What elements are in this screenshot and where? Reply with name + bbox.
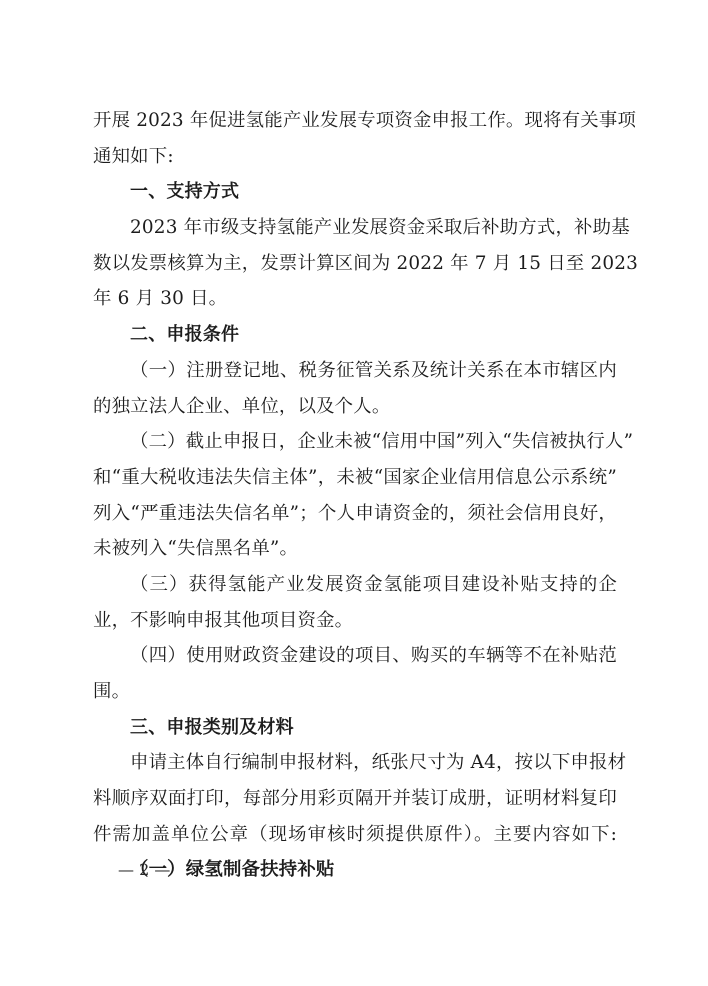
subsection-heading-green-hydrogen: （一）绿氢制备扶持补贴 <box>93 852 617 888</box>
page-number: — 2 — <box>118 860 170 879</box>
body-line: 列入“严重违法失信名单”；个人申请资金的，须社会信用良好， <box>93 496 617 532</box>
body-line: 开展 2023 年促进氢能产业发展专项资金申报工作。现将有关事项 <box>93 103 617 139</box>
section-heading-application-conditions: 二、申报条件 <box>93 317 617 353</box>
section-heading-categories-materials: 三、申报类别及材料 <box>93 710 617 746</box>
document-page: 开展 2023 年促进氢能产业发展专项资金申报工作。现将有关事项 通知如下: 一… <box>93 103 617 888</box>
body-line: 的独立法人企业、单位，以及个人。 <box>93 389 617 425</box>
body-line: 数以发票核算为主，发票计算区间为 2022 年 7 月 15 日至 2023 <box>93 246 617 282</box>
body-line: （三）获得氢能产业发展资金氢能项目建设补贴支持的企 <box>93 567 617 603</box>
body-line: 和“重大税收违法失信主体”，未被“国家企业信用信息公示系统” <box>93 460 617 496</box>
body-line: （一）注册登记地、税务征管关系及统计关系在本市辖区内 <box>93 353 617 389</box>
body-line: （二）截止申报日，企业未被“信用中国”列入“失信被执行人” <box>93 424 617 460</box>
body-line: 2023 年市级支持氢能产业发展资金采取后补助方式，补助基 <box>93 210 617 246</box>
body-line: 通知如下: <box>93 139 617 175</box>
body-line: 业，不影响申报其他项目资金。 <box>93 603 617 639</box>
body-line: 料顺序双面打印，每部分用彩页隔开并装订成册，证明材料复印 <box>93 781 617 817</box>
body-line: 围。 <box>93 674 617 710</box>
body-line: 年 6 月 30 日。 <box>93 281 617 317</box>
body-line: 件需加盖单位公章（现场审核时须提供原件）。主要内容如下: <box>93 817 617 853</box>
section-heading-support-method: 一、支持方式 <box>93 174 617 210</box>
body-line: （四）使用财政资金建设的项目、购买的车辆等不在补贴范 <box>93 638 617 674</box>
body-line: 未被列入“失信黑名单”。 <box>93 531 617 567</box>
body-line: 申请主体自行编制申报材料，纸张尺寸为 A4，按以下申报材 <box>93 745 617 781</box>
